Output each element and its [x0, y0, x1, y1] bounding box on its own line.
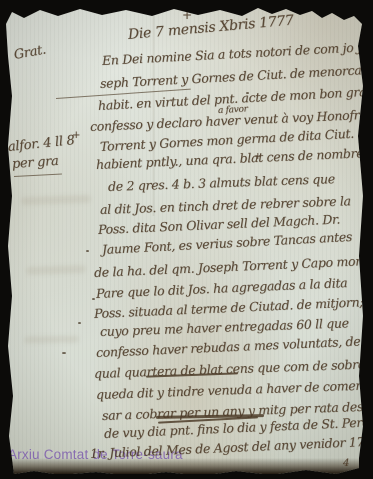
ink-speck [86, 250, 89, 252]
manuscript-line: queda dit y tindre venuda a haver de com… [96, 378, 368, 402]
manuscript-line: de 2 qres. 4 b. 3 almuts blat cens que [108, 171, 335, 194]
document-paper: + Die 7 mensis Xbris 1777 Grat. + alfor.… [6, 6, 367, 474]
margin-note-grat: Grat. [13, 43, 47, 63]
manuscript-line: qual quartera de blat cens que com de so… [94, 357, 365, 381]
ink-show-through [26, 265, 86, 275]
ink-speck [78, 322, 81, 324]
top-cross-mark: + [182, 8, 192, 22]
ink-show-through [21, 195, 91, 205]
ink-speck [92, 298, 95, 300]
margin-note-pergra: per gra [11, 154, 58, 172]
ink-speck [62, 352, 66, 354]
ink-show-through [24, 336, 79, 344]
margin-note-alfor: alfor. 4 ll 8 [7, 133, 75, 155]
pen-underline [14, 173, 62, 177]
scan-background: + Die 7 mensis Xbris 1777 Grat. + alfor.… [0, 0, 373, 479]
year-flourish: 4 [343, 458, 349, 469]
